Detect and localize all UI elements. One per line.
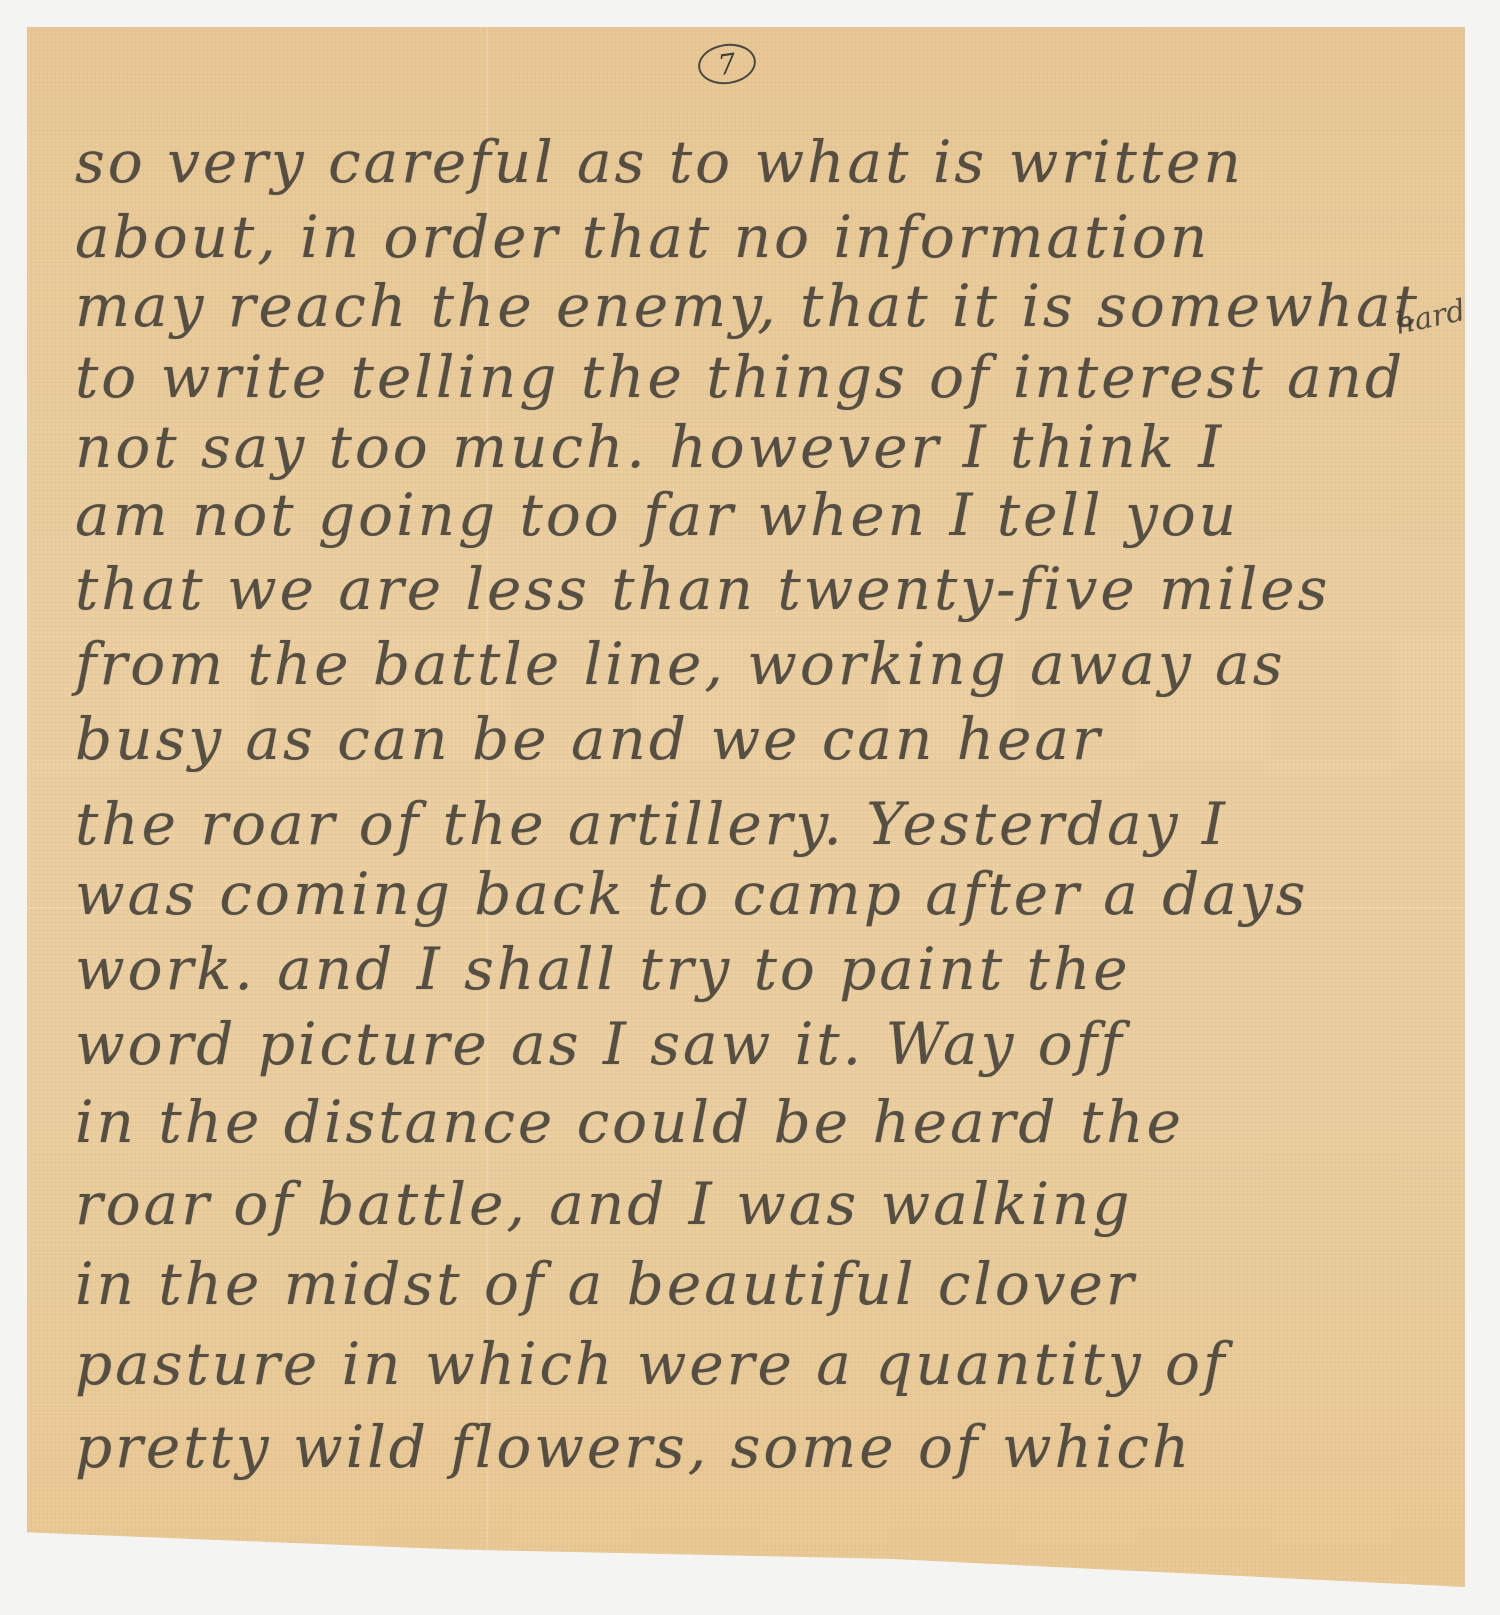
text-line-17: pasture in which were a quantity of <box>75 1330 1455 1398</box>
scan-background: 7 so very careful as to what is written … <box>0 0 1500 1615</box>
text-line-6: am not going too far when I tell you <box>75 481 1455 549</box>
text-line-5: not say too much. however I think I <box>75 413 1455 481</box>
text-line-7: that we are less than twenty-five miles <box>75 555 1455 623</box>
text-line-8: from the battle line, working away as <box>75 630 1455 698</box>
text-line-18: pretty wild flowers, some of which <box>75 1413 1455 1481</box>
handwritten-text-body: so very careful as to what is written ab… <box>0 0 1500 1615</box>
text-line-3: may reach the enemy, that it is somewhat <box>75 272 1455 340</box>
text-line-14: in the distance could be heard the <box>75 1088 1455 1156</box>
text-line-16: in the midst of a beautiful clover <box>75 1250 1455 1318</box>
text-line-11: was coming back to camp after a days <box>75 860 1455 928</box>
text-line-2: about, in order that no information <box>75 203 1455 271</box>
text-line-4: to write telling the things of interest … <box>75 343 1455 411</box>
text-line-10: the roar of the artillery. Yesterday I <box>75 790 1455 858</box>
text-line-12: work. and I shall try to paint the <box>75 935 1455 1003</box>
text-line-9: busy as can be and we can hear <box>75 705 1455 773</box>
text-line-13: word picture as I saw it. Way off <box>75 1010 1455 1078</box>
text-line-1: so very careful as to what is written <box>75 128 1455 196</box>
text-line-15: roar of battle, and I was walking <box>75 1170 1455 1238</box>
